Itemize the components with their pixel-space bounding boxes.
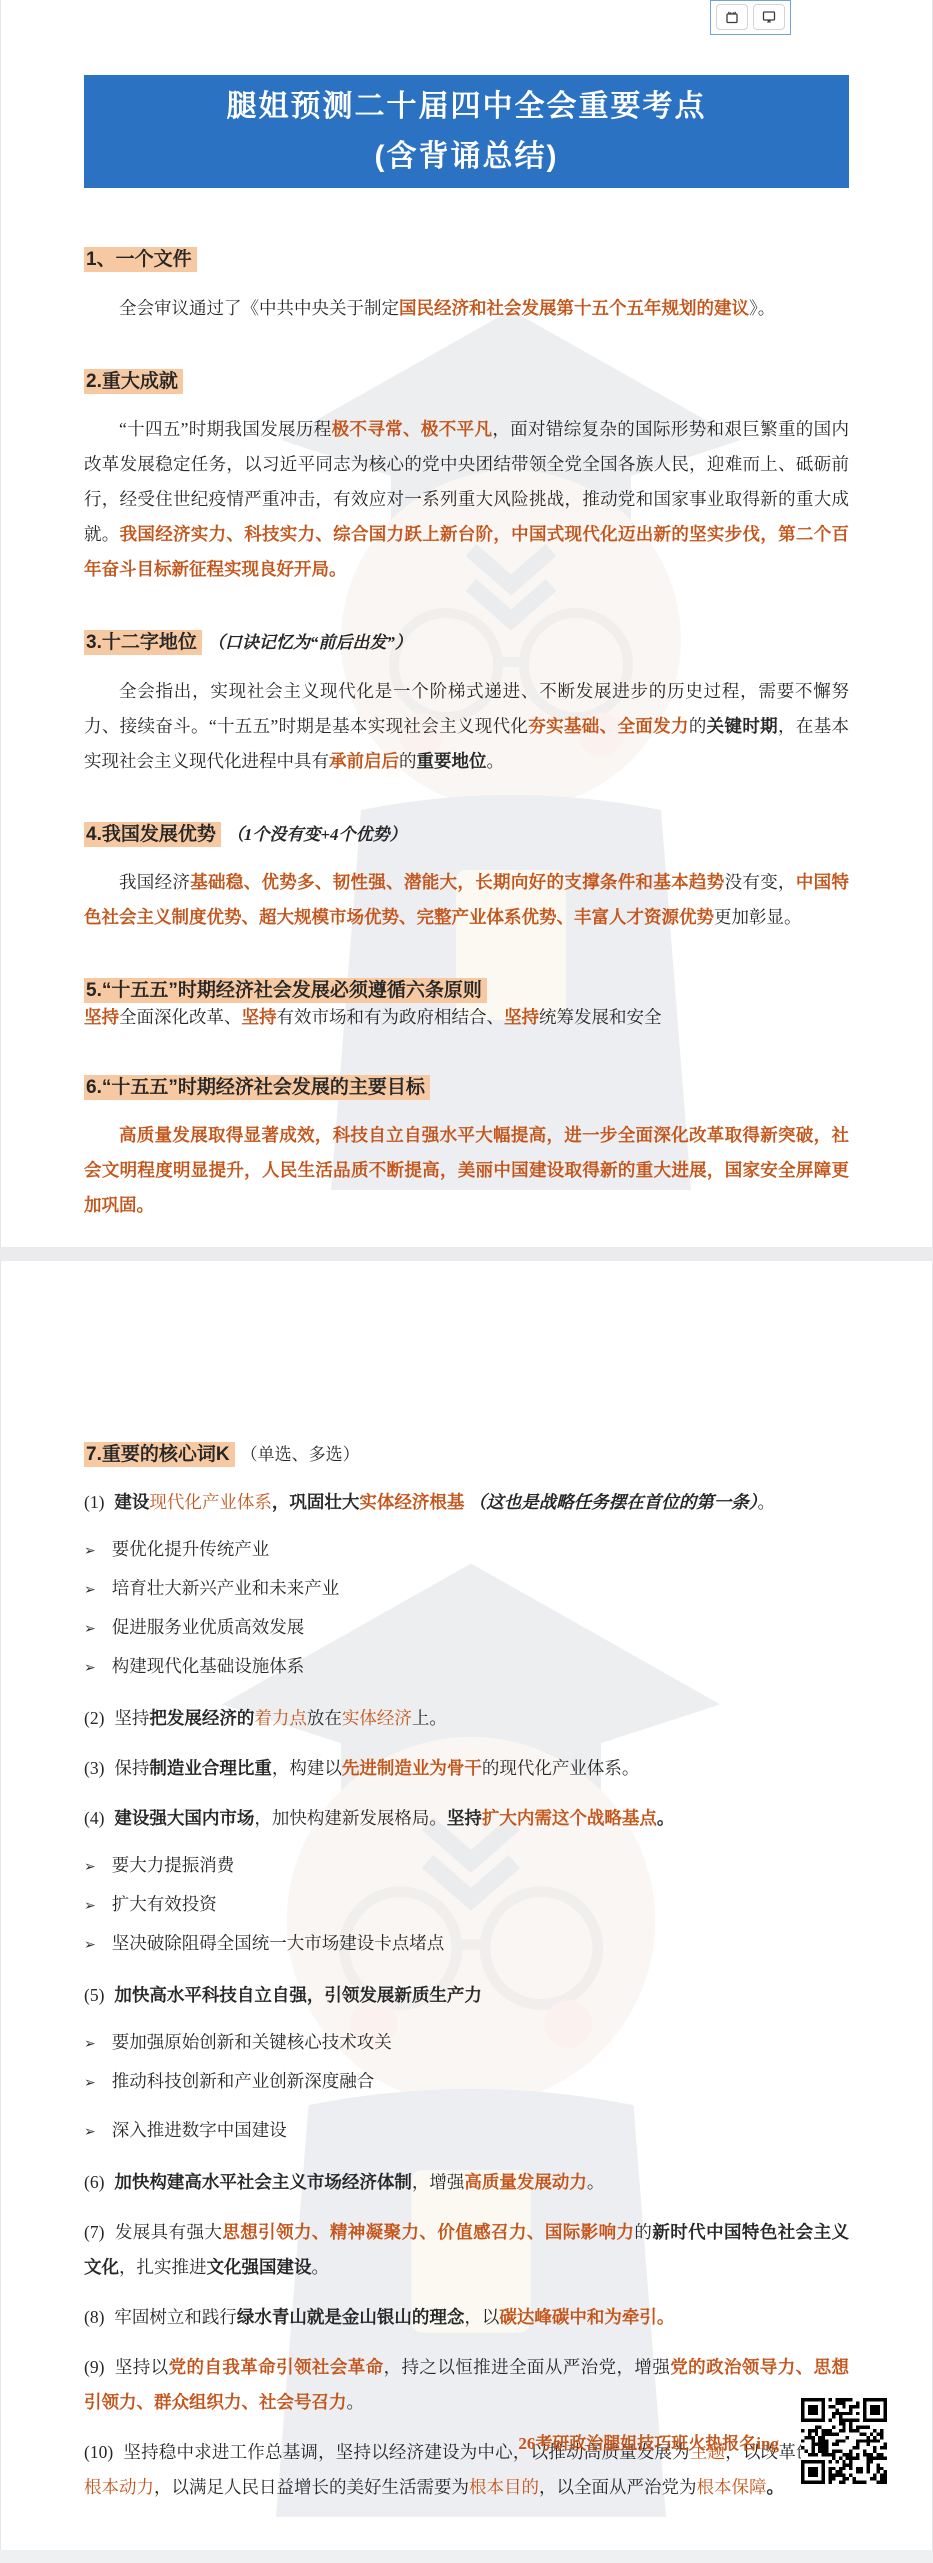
text-run: ，增强 (412, 2172, 465, 2192)
text-run: 着力点 (254, 1708, 307, 1728)
text-run: 更加彰显。 (714, 907, 802, 927)
text-run: 加快高水平科技自立自强，引领发展新质生产力 (114, 1985, 482, 2005)
bullet-item: ➢深入推进数字中国建设 (84, 2113, 849, 2150)
text-run: 实体经济 (342, 1708, 412, 1728)
section-heading-highlight: 4.我国发展优势 (84, 822, 221, 847)
arrow-bullet-icon: ➢ (84, 1582, 96, 1598)
text-run: 坚持 (84, 1007, 119, 1027)
item-number: (2) (84, 1708, 104, 1728)
bullet-item: ➢推动科技创新和产业创新深度融合 (84, 2064, 849, 2101)
text-run: 高质量发展取得显著成效，科技自立自强水平大幅提高，进一步全面深化改革取得新突破，… (84, 1125, 849, 1215)
text-run: 文化强国建设 (207, 2257, 312, 2277)
copy-button[interactable] (716, 4, 748, 30)
section-heading: 2.重大成就 (84, 368, 849, 397)
text-run: 制造业合理比重 (149, 1758, 272, 1778)
doc-title-line1: 腿姐预测二十届四中全会重要考点 (227, 82, 707, 132)
paragraph: “十四五”时期我国发展历程极不寻常、极不平凡，面对错综复杂的国际形势和艰巨繁重的… (84, 412, 849, 587)
item-number: (6) (84, 2172, 104, 2192)
numbered-item: (3)保持制造业合理比重，构建以先进制造业为骨干的现代化产业体系。 (84, 1751, 849, 1786)
bullet-text: 构建现代化基础设施体系 (112, 1656, 305, 1676)
bullet-text: 要优化提升传统产业 (112, 1539, 270, 1559)
text-run: 的 (634, 2222, 652, 2242)
text-run: 统筹发展和安全 (539, 1007, 662, 1027)
section-heading: 7.重要的核心词K（单选、多选） (84, 1441, 849, 1470)
floating-toolbar (710, 0, 791, 35)
text-run: 实体经济根基 (359, 1492, 464, 1512)
item-number: (1) (84, 1492, 104, 1512)
arrow-bullet-icon: ➢ (84, 1859, 96, 1875)
text-run: 。 (312, 2257, 330, 2277)
item-number: (7) (84, 2222, 104, 2242)
page-2: 7.重要的核心词K（单选、多选）(1)建设现代化产业体系，巩固壮大实体经济根基 … (0, 1261, 933, 2550)
text-run: ，持之以恒推进全面从严治党，增强 (384, 2357, 671, 2377)
bullet-text: 要大力提振消费 (112, 1855, 235, 1875)
text-run: （这也是战略任务摆在首位的第一条） (464, 1492, 757, 1512)
section-heading-note: （1个没有变+4个优势） (227, 825, 407, 844)
text-run: 建设 (114, 1492, 149, 1512)
text-run: 。 (758, 1492, 776, 1512)
paragraph: 高质量发展取得显著成效，科技自立自强水平大幅提高，进一步全面深化改革取得新突破，… (84, 1118, 849, 1223)
text-run: 坚持 (504, 1007, 539, 1027)
text-run: 思想引领力、精神凝聚力、价值感召力、国际影响力 (222, 2222, 634, 2242)
page-1: 腿姐预测二十届四中全会重要考点 (含背诵总结) 1、一个文件全会审议通过了《中共… (0, 0, 933, 1247)
text-run: 加快构建高水平社会主义市场经济体制 (114, 2172, 412, 2192)
text-run: 党的自我革命引领社会革命 (169, 2357, 384, 2377)
document-viewer: 腿姐预测二十届四中全会重要考点 (含背诵总结) 1、一个文件全会审议通过了《中共… (0, 0, 933, 2563)
text-run: 上。 (412, 1708, 447, 1728)
text-run: 现代化产业体系 (149, 1492, 272, 1512)
arrow-bullet-icon: ➢ (84, 2124, 96, 2140)
bullet-item: ➢坚决破除阻碍全国统一大市场建设卡点堵点 (84, 1926, 849, 1963)
text-run: 建设强大国内市场 (114, 1808, 254, 1828)
promo-text: 26考研政治腿姐技巧班火热报名ing (518, 2429, 779, 2454)
section-heading: 6.“十五五”时期经济社会发展的主要目标 (84, 1074, 849, 1103)
bullet-text: 坚决破除阻碍全国统一大市场建设卡点堵点 (112, 1933, 445, 1953)
text-run: 我国经济实力、科技实力、综合国力跃上新台阶，中国式现代化迈出新的坚实步伐，第二个… (84, 524, 849, 579)
text-run: 坚持 (242, 1007, 277, 1027)
text-run: 保持 (114, 1758, 149, 1778)
text-run: ，以 (464, 2307, 499, 2327)
item-number: (8) (84, 2307, 104, 2327)
arrow-bullet-icon: ➢ (84, 1660, 96, 1676)
section-heading-highlight: 6.“十五五”时期经济社会发展的主要目标 (84, 1075, 430, 1100)
text-run: 的现代化产业体系。 (482, 1758, 640, 1778)
text-run: 绿水青山就是金山银山的理念 (237, 2307, 465, 2327)
text-run: 放在 (307, 1708, 342, 1728)
screenshot-icon (761, 9, 777, 25)
item-number: (9) (84, 2357, 104, 2377)
section-heading-note: （单选、多选） (241, 1445, 360, 1464)
numbered-item: (8)牢固树立和践行绿水青山就是金山银山的理念，以碳达峰碳中和为牵引。 (84, 2300, 849, 2335)
bullet-item: ➢要加强原始创新和关键核心技术攻关 (84, 2025, 849, 2062)
section-heading-highlight: 1、一个文件 (84, 247, 197, 272)
title-banner: 腿姐预测二十届四中全会重要考点 (含背诵总结) (84, 75, 849, 188)
text-run: 坚持 (114, 1708, 149, 1728)
numbered-item: (1)建设现代化产业体系，巩固壮大实体经济根基 （这也是战略任务摆在首位的第一条… (84, 1485, 849, 1520)
section-heading-highlight: 5.“十五五”时期经济社会发展必须遵循六条原则 (84, 978, 487, 1003)
text-run: 坚持 (447, 1808, 482, 1828)
bullet-text: 推动科技创新和产业创新深度融合 (112, 2071, 375, 2091)
text-run: 。 (587, 2172, 605, 2192)
paragraph: 我国经济基础稳、优势多、韧性强、潜能大，长期向好的支撑条件和基本趋势没有变，中国… (84, 865, 849, 935)
text-run: “十四五”时期我国发展历程 (119, 419, 332, 439)
item-number: (3) (84, 1758, 104, 1778)
text-run: 的 (689, 716, 707, 736)
doc-title-line2: (含背诵总结) (375, 132, 559, 182)
text-run: 基础稳、优势多、韧性强、潜能大，长期向好的支撑条件和基本趋势 (190, 872, 724, 892)
principle-line: 坚持全面深化改革、坚持有效市场和有为政府相结合、坚持统筹发展和安全 (84, 1002, 849, 1032)
text-run: 夯实基础、全面发力 (528, 716, 689, 736)
numbered-item: (5)加快高水平科技自立自强，引领发展新质生产力 (84, 1978, 849, 2013)
text-run: 碳达峰碳中和为牵引 (499, 2307, 657, 2327)
bullet-text: 促进服务业优质高效发展 (112, 1617, 305, 1637)
bullet-text: 培育壮大新兴产业和未来产业 (112, 1578, 340, 1598)
numbered-item: (6)加快构建高水平社会主义市场经济体制，增强高质量发展动力。 (84, 2165, 849, 2200)
arrow-bullet-icon: ➢ (84, 1898, 96, 1914)
section-heading: 1、一个文件 (84, 246, 849, 275)
text-run: 重要地位 (417, 751, 487, 771)
section-heading-highlight: 3.十二字地位 (84, 630, 202, 655)
screenshot-button[interactable] (753, 4, 785, 30)
bullet-text: 要加强原始创新和关键核心技术攻关 (112, 2032, 392, 2052)
page-2-sections: 7.重要的核心词K（单选、多选）(1)建设现代化产业体系，巩固壮大实体经济根基 … (84, 1441, 849, 2505)
numbered-item: (4)建设强大国内市场，加快构建新发展格局。坚持扩大内需这个战略基点。 (84, 1801, 849, 1836)
bullet-item: ➢要大力提振消费 (84, 1848, 849, 1885)
copy-icon (724, 9, 740, 25)
text-run: 国民经济和社会发展第十五个五年规划的建议 (399, 298, 749, 318)
text-run: 承前启后 (329, 751, 399, 771)
text-run: 极不寻常、极不平凡 (332, 419, 493, 439)
page-1-content: 腿姐预测二十届四中全会重要考点 (含背诵总结) 1、一个文件全会审议通过了《中共… (1, 75, 932, 1223)
qr-code[interactable] (801, 2398, 887, 2484)
bullet-item: ➢扩大有效投资 (84, 1887, 849, 1924)
paragraph: 全会审议通过了《中共中央关于制定国民经济和社会发展第十五个五年规划的建议》。 (84, 291, 849, 326)
text-run: 没有变， (725, 872, 796, 892)
arrow-bullet-icon: ➢ (84, 1621, 96, 1637)
section-heading: 3.十二字地位（口诀记忆为“前后出发”） (84, 629, 849, 658)
text-run: 把发展经济的 (149, 1708, 254, 1728)
item-number: (5) (84, 1985, 104, 2005)
text-run: 坚持以 (114, 2357, 168, 2377)
text-run: 。 (657, 2307, 675, 2327)
section-heading: 4.我国发展优势（1个没有变+4个优势） (84, 821, 849, 850)
numbered-item: (2)坚持把发展经济的着力点放在实体经济上。 (84, 1701, 849, 1736)
text-run: ，扎实推进 (119, 2257, 207, 2277)
text-run: ，构建以 (272, 1758, 342, 1778)
text-run: 发展具有强大 (114, 2222, 222, 2242)
text-run: ，加快构建新发展格局。 (254, 1808, 447, 1828)
arrow-bullet-icon: ➢ (84, 1543, 96, 1559)
bullet-text: 扩大有效投资 (112, 1894, 217, 1914)
section-heading-highlight: 2.重大成就 (84, 369, 183, 394)
text-run: 关键时期 (707, 716, 778, 736)
bullet-item: ➢要优化提升传统产业 (84, 1532, 849, 1569)
paragraph: 全会指出，实现社会主义现代化是一个阶梯式递进、不断发展进步的历史过程，需要不懈努… (84, 674, 849, 779)
text-run: 。 (657, 1808, 675, 1828)
page-break (0, 1247, 933, 1261)
promo-row: 26考研政治腿姐技巧班火热报名ing (1, 2398, 887, 2484)
section-heading-note: （口诀记忆为“前后出发”） (208, 633, 412, 652)
page-1-sections: 1、一个文件全会审议通过了《中共中央关于制定国民经济和社会发展第十五个五年规划的… (84, 246, 849, 1223)
bullet-item: ➢构建现代化基础设施体系 (84, 1649, 849, 1686)
text-run: 。 (487, 751, 505, 771)
text-run: 先进制造业为骨干 (342, 1758, 482, 1778)
item-number: (4) (84, 1808, 104, 1828)
arrow-bullet-icon: ➢ (84, 2075, 96, 2091)
bullet-text: 深入推进数字中国建设 (112, 2120, 287, 2140)
arrow-bullet-icon: ➢ (84, 2036, 96, 2052)
text-run: 我国经济 (119, 872, 190, 892)
text-run: 》。 (749, 298, 775, 318)
page-2-content: 7.重要的核心词K（单选、多选）(1)建设现代化产业体系，巩固壮大实体经济根基 … (1, 1261, 932, 2505)
text-run: 的 (399, 751, 417, 771)
text-run: 扩大内需这个战略基点 (482, 1808, 657, 1828)
text-run: 全会审议通过了《中共中央关于制定 (119, 298, 399, 318)
text-run: 牢固树立和践行 (114, 2307, 237, 2327)
numbered-item: (7)发展具有强大思想引领力、精神凝聚力、价值感召力、国际影响力的新时代中国特色… (84, 2215, 849, 2285)
bullet-item: ➢促进服务业优质高效发展 (84, 1610, 849, 1647)
arrow-bullet-icon: ➢ (84, 1937, 96, 1953)
section-heading-highlight: 7.重要的核心词K (84, 1442, 235, 1467)
text-run: 高质量发展动力 (464, 2172, 587, 2192)
text-run: ，巩固壮大 (272, 1492, 360, 1512)
text-run: 全面深化改革、 (119, 1007, 242, 1027)
bullet-item: ➢培育壮大新兴产业和未来产业 (84, 1571, 849, 1608)
text-run: 有效市场和有为政府相结合、 (277, 1007, 505, 1027)
